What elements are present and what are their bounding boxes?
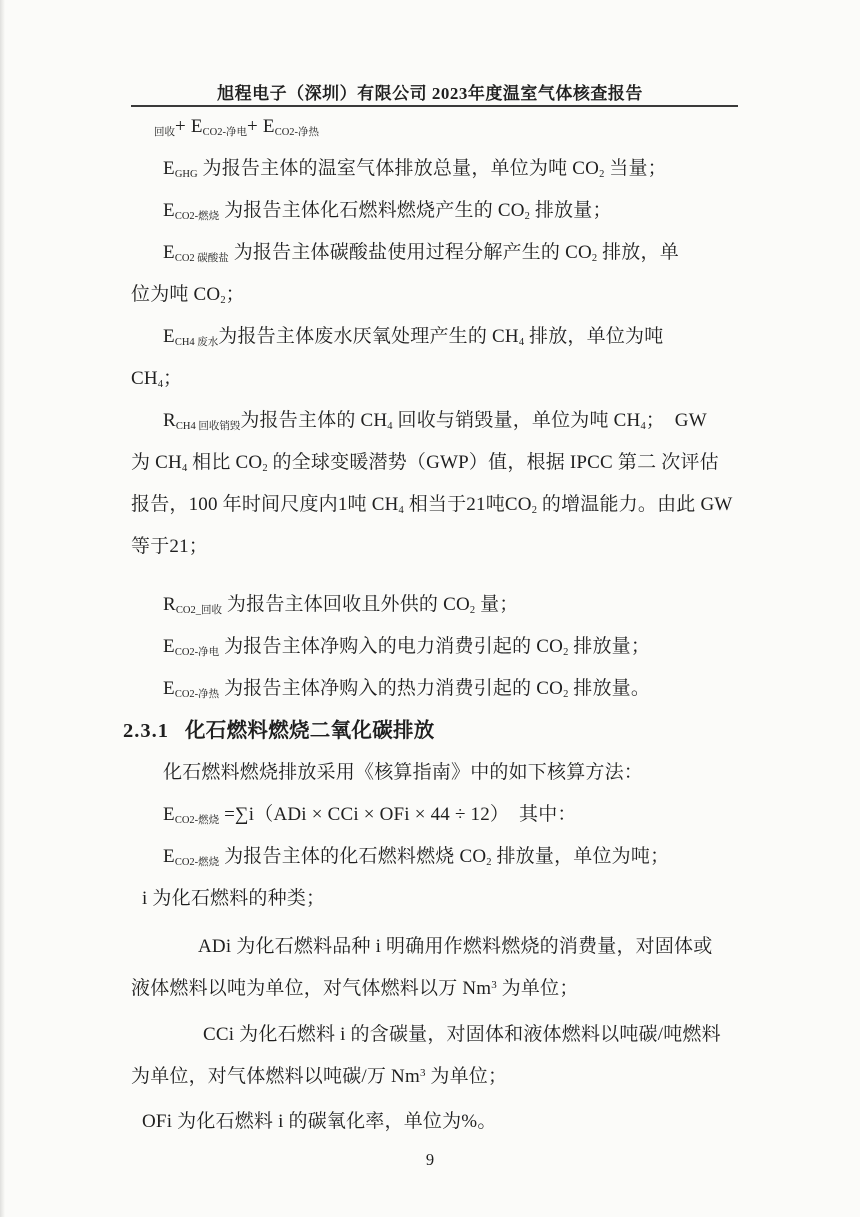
page-number: 9 xyxy=(0,1148,860,1172)
section-title: 化石燃料燃烧二氧化碳排放 xyxy=(185,720,435,742)
paragraph-ech4-wastewater-definition: ECH4 废水为报告主体废水厌氧处理产生的 CH4 排放，单位为吨CH4； xyxy=(131,316,747,400)
paragraph-eghg-definition: EGHG 为报告主体的温室气体排放总量，单位为吨 CO2 当量； xyxy=(131,148,747,190)
document-page: 旭程电子（深圳）有限公司 2023年度温室气体核查报告 回收+ ECO2-净电+… xyxy=(0,0,860,1217)
paragraph-formula-continuation: 回收+ ECO2-净电+ ECO2-净热 xyxy=(131,106,747,148)
paragraph-rch4-recovery-definition: RCH4 回收销毁为报告主体的 CH4 回收与销毁量，单位为吨 CH4； GW为… xyxy=(131,400,747,568)
section-heading-2-3-1: 2.3.1化石燃料燃烧二氧化碳排放 xyxy=(123,710,747,752)
paragraph-combustion-formula: ECO2-燃烧 =∑i（ADi × CCi × OFi × 44 ÷ 12） 其… xyxy=(131,794,747,836)
paragraph-method-intro: 化石燃料燃烧排放采用《核算指南》中的如下核算方法： xyxy=(131,752,747,794)
paragraph-eco2-net-heat-definition: ECO2-净热 为报告主体净购入的热力消费引起的 CO2 排放量。 xyxy=(131,668,747,710)
paragraph-i-term: i 为化石燃料的种类； xyxy=(131,878,747,920)
header-title: 旭程电子（深圳）有限公司 2023年度温室气体核查报告 xyxy=(118,79,742,104)
paragraph-eco2-combustion-definition: ECO2-燃烧 为报告主体化石燃料燃烧产生的 CO2 排放量； xyxy=(131,190,747,232)
document-body: 回收+ ECO2-净电+ ECO2-净热 EGHG 为报告主体的温室气体排放总量… xyxy=(131,106,747,1143)
scan-edge-shadow xyxy=(0,0,5,1217)
section-number: 2.3.1 xyxy=(123,720,169,742)
paragraph-eco2-net-electricity-definition: ECO2-净电 为报告主体净购入的电力消费引起的 CO2 排放量； xyxy=(131,626,747,668)
paragraph-cci-term: CCi 为化石燃料 i 的含碳量，对固体和液体燃料以吨碳/吨燃料为单位，对气体燃… xyxy=(131,1014,747,1098)
paragraph-eco2-combustion-term: ECO2-燃烧 为报告主体的化石燃料燃烧 CO2 排放量，单位为吨； xyxy=(131,836,747,878)
paragraph-eco2-carbonate-definition: ECO2 碳酸盐 为报告主体碳酸盐使用过程分解产生的 CO2 排放，单位为吨 C… xyxy=(131,232,747,316)
paragraph-ofi-term: OFi 为化石燃料 i 的碳氧化率，单位为%。 xyxy=(131,1101,747,1143)
paragraph-rco2-recovery-definition: RCO2_回收 为报告主体回收且外供的 CO2 量； xyxy=(131,584,747,626)
paragraph-adi-term: ADi 为化石燃料品种 i 明确用作燃料燃烧的消费量，对固体或液体燃料以吨为单位… xyxy=(131,926,747,1010)
